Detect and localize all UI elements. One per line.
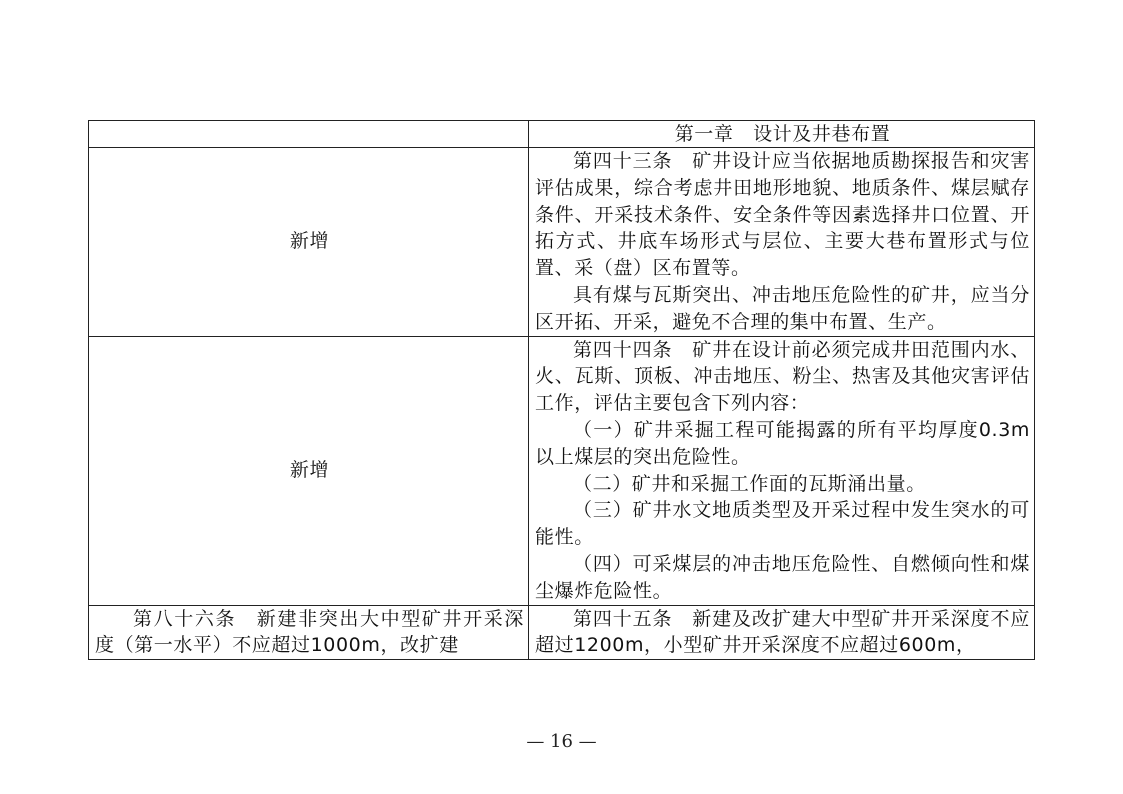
article-44-item-4: （四）可采煤层的冲击地压危险性、自燃倾向性和煤尘爆炸危险性。 (535, 551, 1030, 605)
table-row: 新增 第四十四条 矿井在设计前必须完成井田范围内水、火、瓦斯、顶板、冲击地压、粉… (89, 336, 1035, 605)
comparison-table: 第一章 设计及井巷布置 新增 第四十三条 矿井设计应当依据地质勘探报告和灾害评估… (88, 120, 1035, 660)
article-45-text: 第四十五条 新建及改扩建大中型矿井开采深度不应超过1200m，小型矿井开采深度不… (535, 606, 1030, 660)
article-86-text: 第八十六条 新建非突出大中型矿井开采深度（第一水平）不应超过1000m，改扩建 (95, 606, 524, 660)
article-44-item-2: （二）矿井和采掘工作面的瓦斯涌出量。 (535, 471, 1030, 498)
left-cell-status: 新增 (89, 336, 529, 605)
right-cell-article-43: 第四十三条 矿井设计应当依据地质勘探报告和灾害评估成果，综合考虑井田地形地貌、地… (529, 148, 1035, 337)
table-row: 新增 第四十三条 矿井设计应当依据地质勘探报告和灾害评估成果，综合考虑井田地形地… (89, 148, 1035, 337)
article-44-paragraph-1: 第四十四条 矿井在设计前必须完成井田范围内水、火、瓦斯、顶板、冲击地压、粉尘、热… (535, 337, 1030, 417)
left-cell-article-86: 第八十六条 新建非突出大中型矿井开采深度（第一水平）不应超过1000m，改扩建 (89, 605, 529, 660)
page-number: — 16 — (0, 731, 1123, 752)
article-44-item-3: （三）矿井水文地质类型及开采过程中发生突水的可能性。 (535, 497, 1030, 551)
article-43-paragraph-2: 具有煤与瓦斯突出、冲击地压危险性的矿井，应当分区开拓、开采，避免不合理的集中布置… (535, 282, 1030, 336)
right-cell-article-45: 第四十五条 新建及改扩建大中型矿井开采深度不应超过1200m，小型矿井开采深度不… (529, 605, 1035, 660)
table-row: 第八十六条 新建非突出大中型矿井开采深度（第一水平）不应超过1000m，改扩建 … (89, 605, 1035, 660)
table-header-row: 第一章 设计及井巷布置 (89, 121, 1035, 148)
right-cell-article-44: 第四十四条 矿井在设计前必须完成井田范围内水、火、瓦斯、顶板、冲击地压、粉尘、热… (529, 336, 1035, 605)
article-44-item-1: （一）矿井采掘工程可能揭露的所有平均厚度0.3m以上煤层的突出危险性。 (535, 417, 1030, 471)
article-43-paragraph-1: 第四十三条 矿井设计应当依据地质勘探报告和灾害评估成果，综合考虑井田地形地貌、地… (535, 148, 1030, 282)
left-cell-status: 新增 (89, 148, 529, 337)
chapter-title: 第一章 设计及井巷布置 (529, 121, 1035, 148)
header-left-cell (89, 121, 529, 148)
